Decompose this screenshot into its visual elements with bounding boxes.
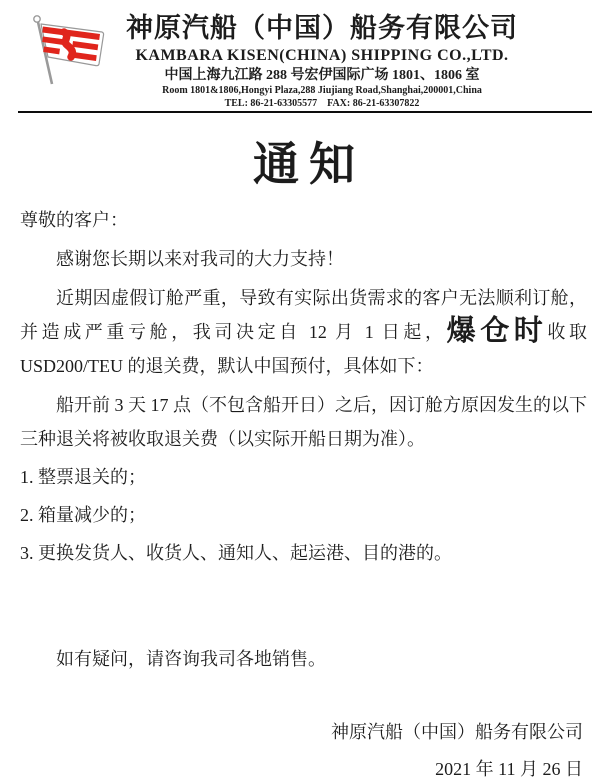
paragraph-policy-emphasis: 爆仓时 (447, 315, 548, 347)
notice-body: 尊敬的客户： 感谢您长期以来对我司的大力支持！ 近期因虚假订舱严重，导致有实际出… (0, 203, 608, 782)
flagpole-knob-icon (34, 16, 40, 22)
company-name-cn: 神原汽船（中国）船务有限公司 (46, 12, 598, 44)
company-address-cn: 中国上海九江路 288 号宏伊国际广场 1801、1806 室 (46, 67, 598, 84)
signature-block: 神原汽船（中国）船务有限公司 2021 年 11 月 26 日 (20, 715, 587, 782)
paragraph-policy: 近期因虚假订舱严重，导致有实际出货需求的客户无法顺利订舱，并造成严重亏舱，我司决… (20, 281, 587, 383)
list-item-2: 2. 箱量减少的； (20, 498, 587, 532)
company-flag-logo (26, 12, 110, 90)
salutation: 尊敬的客户： (20, 203, 587, 237)
signature-date: 2021 年 11 月 26 日 (20, 752, 583, 782)
closing-remark: 如有疑问，请咨询我司各地销售。 (20, 642, 587, 676)
company-name-en: KAMBARA KISEN(CHINA) SHIPPING CO.,LTD. (46, 46, 598, 66)
paragraph-thanks: 感谢您长期以来对我司的大力支持！ (20, 242, 587, 276)
signature-company: 神原汽船（中国）船务有限公司 (20, 715, 583, 749)
list-item-1: 1. 整票退关的； (20, 460, 587, 494)
list-item-3: 3. 更换发货人、收货人、通知人、起运港、目的港的。 (20, 536, 587, 570)
company-address-en: Room 1801&1806,Hongyi Plaza,288 Jiujiang… (46, 85, 598, 97)
notice-document-page: 神原汽船（中国）船务有限公司 KAMBARA KISEN(CHINA) SHIP… (0, 0, 608, 782)
company-tel-fax: TEL: 86-21-63305577 FAX: 86-21-63307822 (46, 98, 598, 110)
paragraph-rule: 船开前 3 天 17 点（不包含船开日）之后，因订舱方原因发生的以下三种退关将被… (20, 388, 587, 456)
letterhead: 神原汽船（中国）船务有限公司 KAMBARA KISEN(CHINA) SHIP… (0, 0, 608, 113)
header-divider (18, 111, 592, 113)
notice-title: 通知 (0, 139, 608, 191)
